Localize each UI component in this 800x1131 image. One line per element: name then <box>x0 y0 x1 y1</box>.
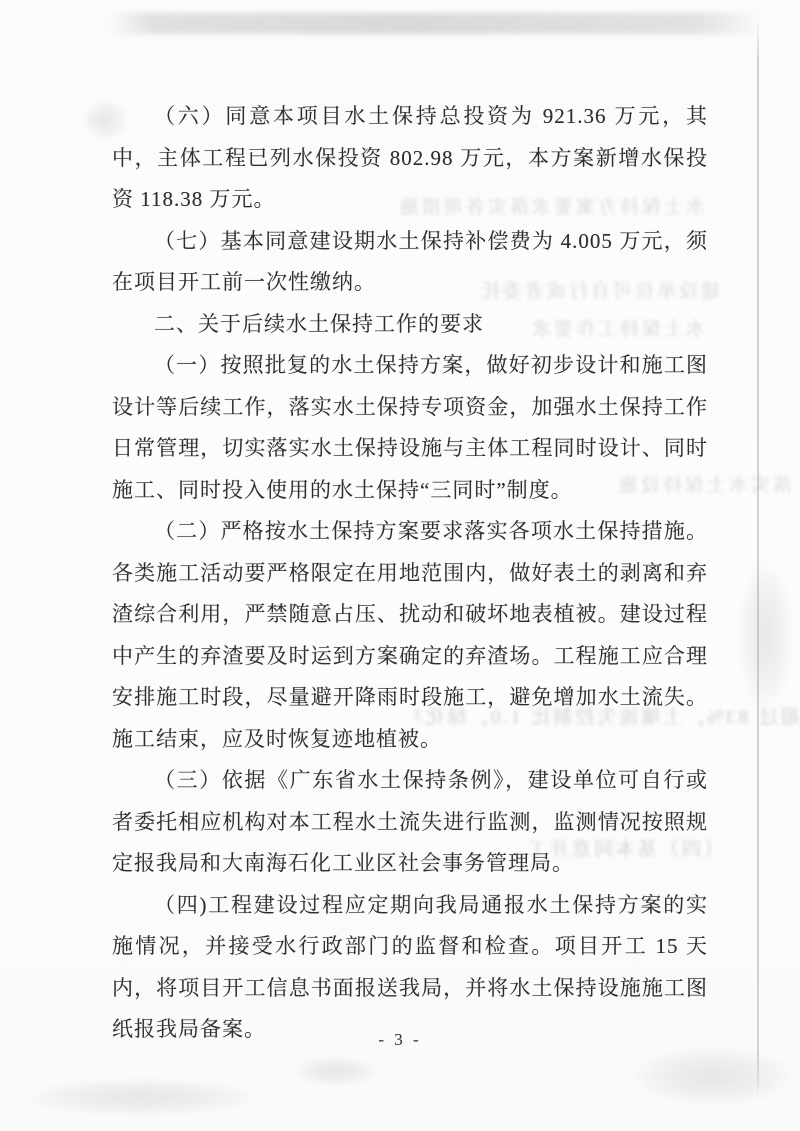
paragraph-req-three: （三）依据《广东省水土保持条例》，建设单位可自行或者委托相应机构对本工程水土流失… <box>112 760 708 885</box>
scan-smudge <box>738 560 793 710</box>
scan-smudge <box>292 1056 378 1086</box>
paragraph-req-two: （二）严格按水土保持方案要求落实各项水土保持措施。各类施工活动要严格限定在用地范… <box>112 511 708 760</box>
paragraph-item-seven: （七）基本同意建设期水土保持补偿费为 4.005 万元，须在项目开工前一次性缴纳… <box>112 221 708 304</box>
scan-smudge <box>24 1078 259 1116</box>
scan-fold-line <box>757 20 759 1098</box>
document-body: （六）同意本项目水土保持总投资为 921.36 万元，其中，主体工程已列水保投资… <box>112 96 708 1051</box>
scanned-document-page: 水土保持方案要求落实各项措施 建设单位可自行或者委托 水土保持工作要求 落实水土… <box>0 0 800 1131</box>
paragraph-req-one: （一）按照批复的水土保持方案，做好初步设计和施工图设计等后续工作，落实水土保持专… <box>112 345 708 511</box>
paragraph-req-four: （四)工程建设过程应定期向我局通报水土保持方案的实施情况，并接受水行政部门的监督… <box>112 885 708 1051</box>
paragraph-item-six: （六）同意本项目水土保持总投资为 921.36 万元，其中，主体工程已列水保投资… <box>112 96 708 221</box>
section-heading-two: 二、关于后续水土保持工作的要求 <box>112 304 708 346</box>
page-number: - 3 - <box>0 1030 800 1050</box>
scan-smudge-band <box>108 13 763 34</box>
scan-smudge <box>630 1046 795 1106</box>
